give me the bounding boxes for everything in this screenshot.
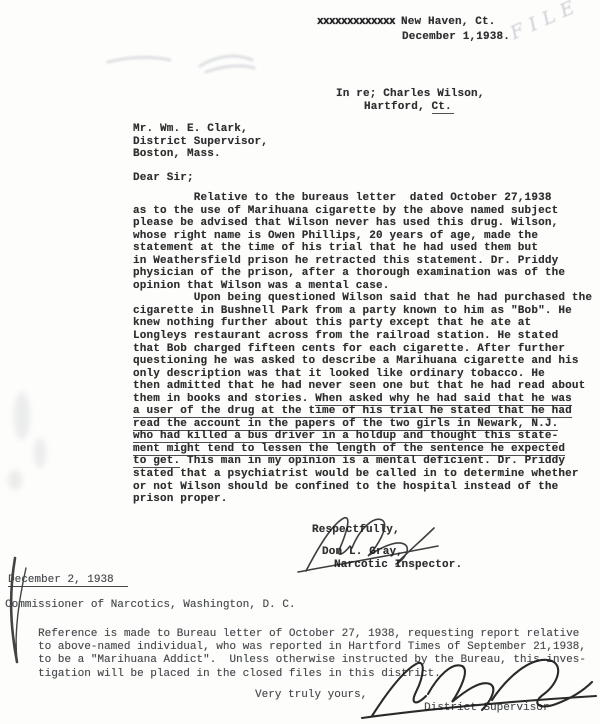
- scanned-letter-page: { "stamps": { "file_mark": "FILE" }, "he…: [0, 0, 600, 724]
- scan-smudge: [34, 438, 46, 468]
- scan-smudge: [8, 470, 22, 490]
- scan-smudge: [14, 392, 30, 440]
- supervisor-signature: [0, 0, 600, 724]
